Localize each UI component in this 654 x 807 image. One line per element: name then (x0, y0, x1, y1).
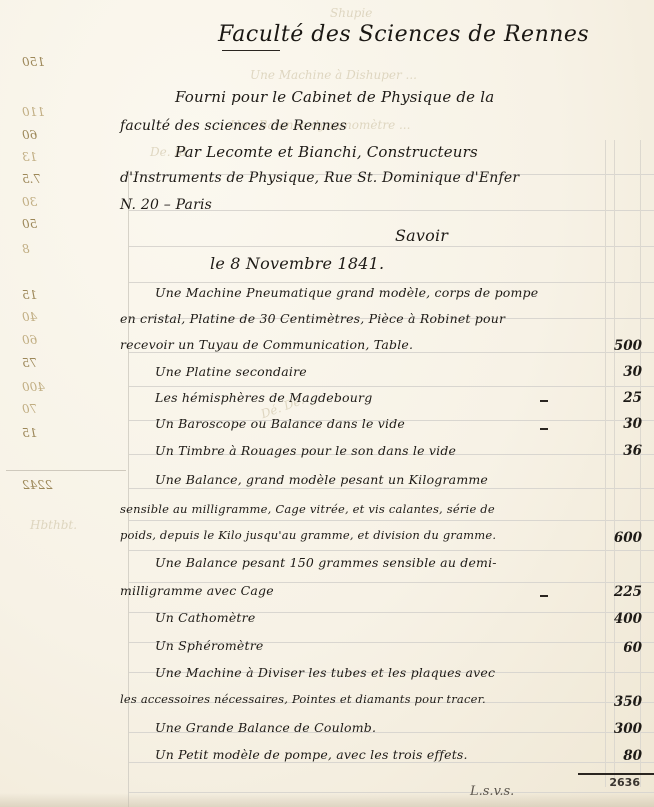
document-title: Faculté des Sciences de Rennes (218, 22, 589, 47)
item-amount: 400 (594, 611, 642, 627)
invoice-page: Shupie Une Machine à Dishuper ... Une Ba… (0, 0, 654, 807)
page-edge-shadow (0, 793, 654, 807)
invoice-total: 2636 (609, 776, 640, 789)
amount-column-rule (640, 140, 641, 787)
item-amount: 500 (594, 338, 642, 354)
invoice-date: le 8 Novembre 1841. (210, 254, 384, 273)
item-amount: 36 (594, 443, 642, 459)
item-amount: 350 (594, 694, 642, 710)
dash-mark (540, 400, 548, 402)
heading-savoir: Savoir (395, 226, 448, 245)
title-underline (222, 50, 280, 51)
amount-column-rule (614, 140, 615, 787)
dash-mark (540, 595, 548, 597)
total-rule (578, 773, 654, 775)
left-margin-line (128, 170, 129, 807)
item-amount: 80 (594, 748, 642, 764)
dash-mark (540, 428, 548, 430)
item-amount: 30 (594, 416, 642, 432)
item-amount: 600 (594, 530, 642, 546)
item-amount: 25 (594, 390, 642, 406)
amount-column-rule (605, 140, 606, 787)
item-amount: 300 (594, 721, 642, 737)
item-amount: 60 (594, 640, 642, 656)
item-amount: 30 (594, 364, 642, 380)
item-amount: 225 (594, 584, 642, 600)
